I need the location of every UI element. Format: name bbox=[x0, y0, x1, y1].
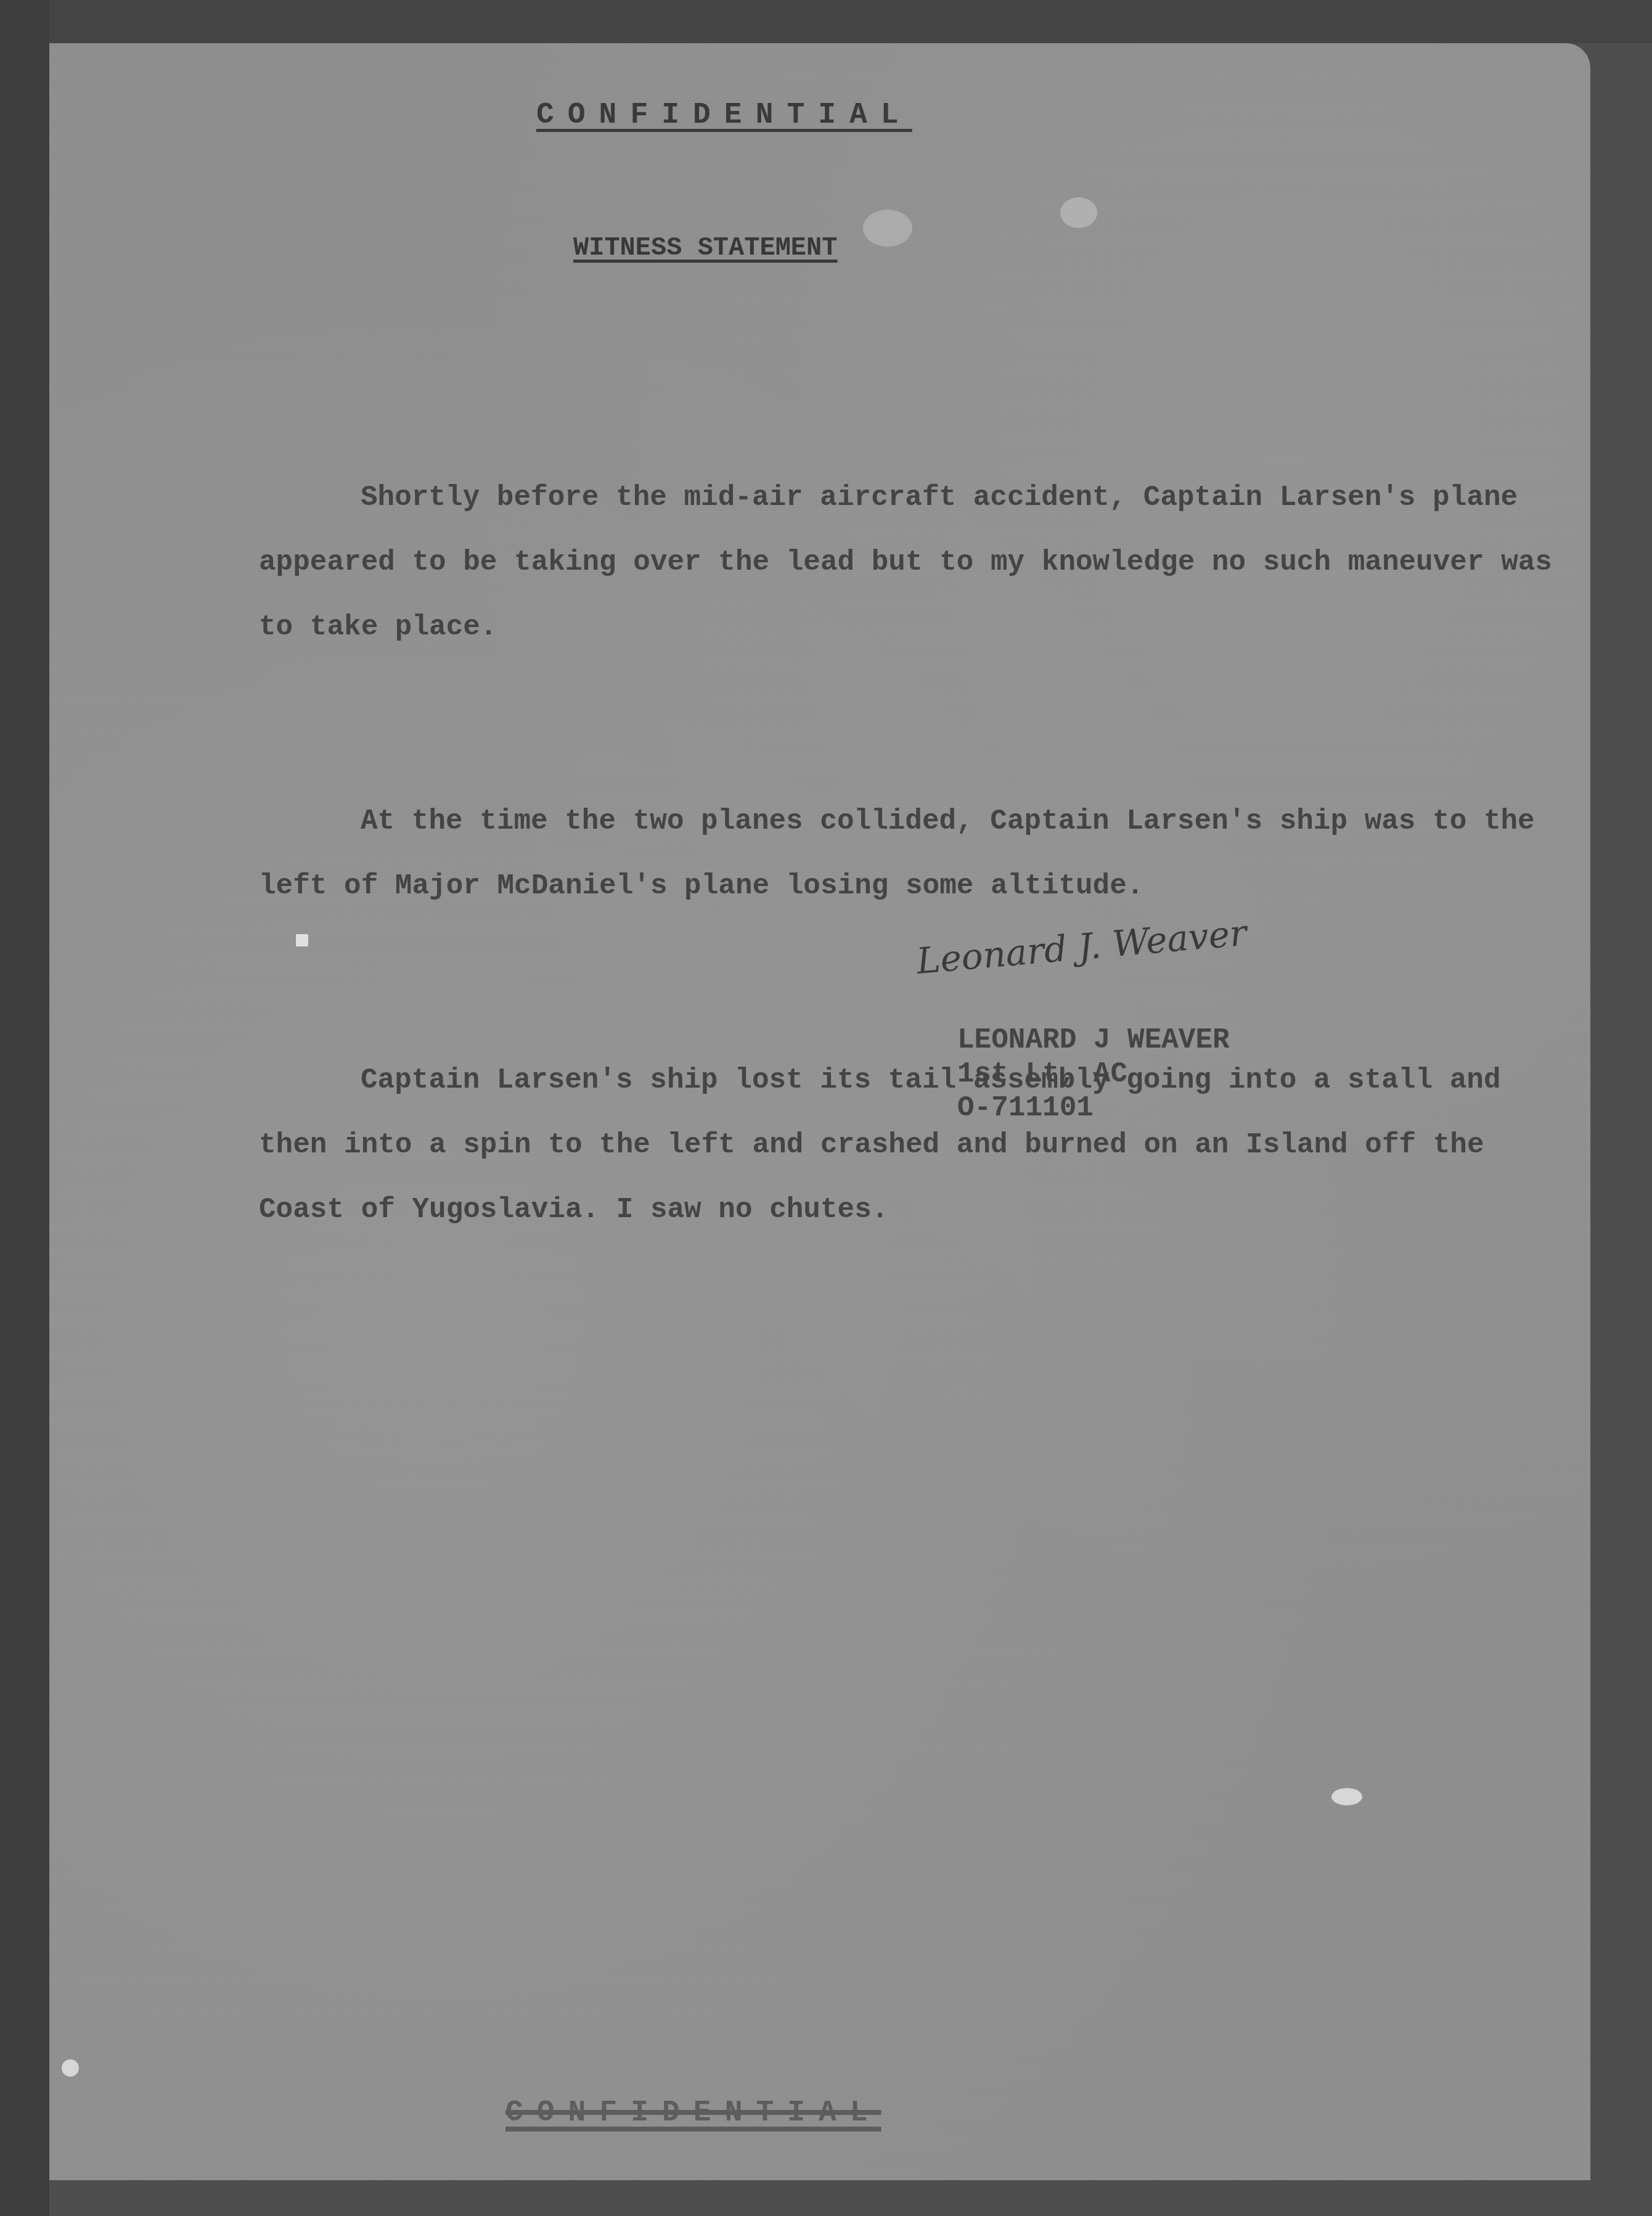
statement-paragraph-3: Captain Larsen's ship lost its tail asse… bbox=[259, 1048, 1553, 1242]
signer-rank: 1st Lt, AC bbox=[957, 1057, 1230, 1091]
header-classification: CONFIDENTIAL bbox=[536, 99, 912, 132]
document-title: WITNESS STATEMENT bbox=[573, 233, 837, 263]
scan-speck bbox=[62, 2059, 79, 2077]
footer-classification: CONFIDENTIAL bbox=[505, 2096, 881, 2130]
signer-name: LEONARD J WEAVER bbox=[957, 1024, 1230, 1057]
scan-speck bbox=[863, 210, 912, 247]
scan-speck bbox=[1060, 197, 1097, 228]
scan-speck bbox=[1331, 1788, 1362, 1805]
statement-paragraph-1: Shortly before the mid-air aircraft acci… bbox=[259, 466, 1553, 660]
signer-serial-number: O-711101 bbox=[957, 1091, 1230, 1125]
scan-top-border bbox=[0, 0, 1652, 43]
scan-left-border bbox=[0, 0, 49, 2216]
statement-paragraph-2: At the time the two planes collided, Cap… bbox=[259, 789, 1553, 919]
signature-block: LEONARD J WEAVER 1st Lt, AC O-711101 bbox=[957, 1024, 1230, 1125]
statement-body: Shortly before the mid-air aircraft acci… bbox=[259, 336, 1553, 1307]
